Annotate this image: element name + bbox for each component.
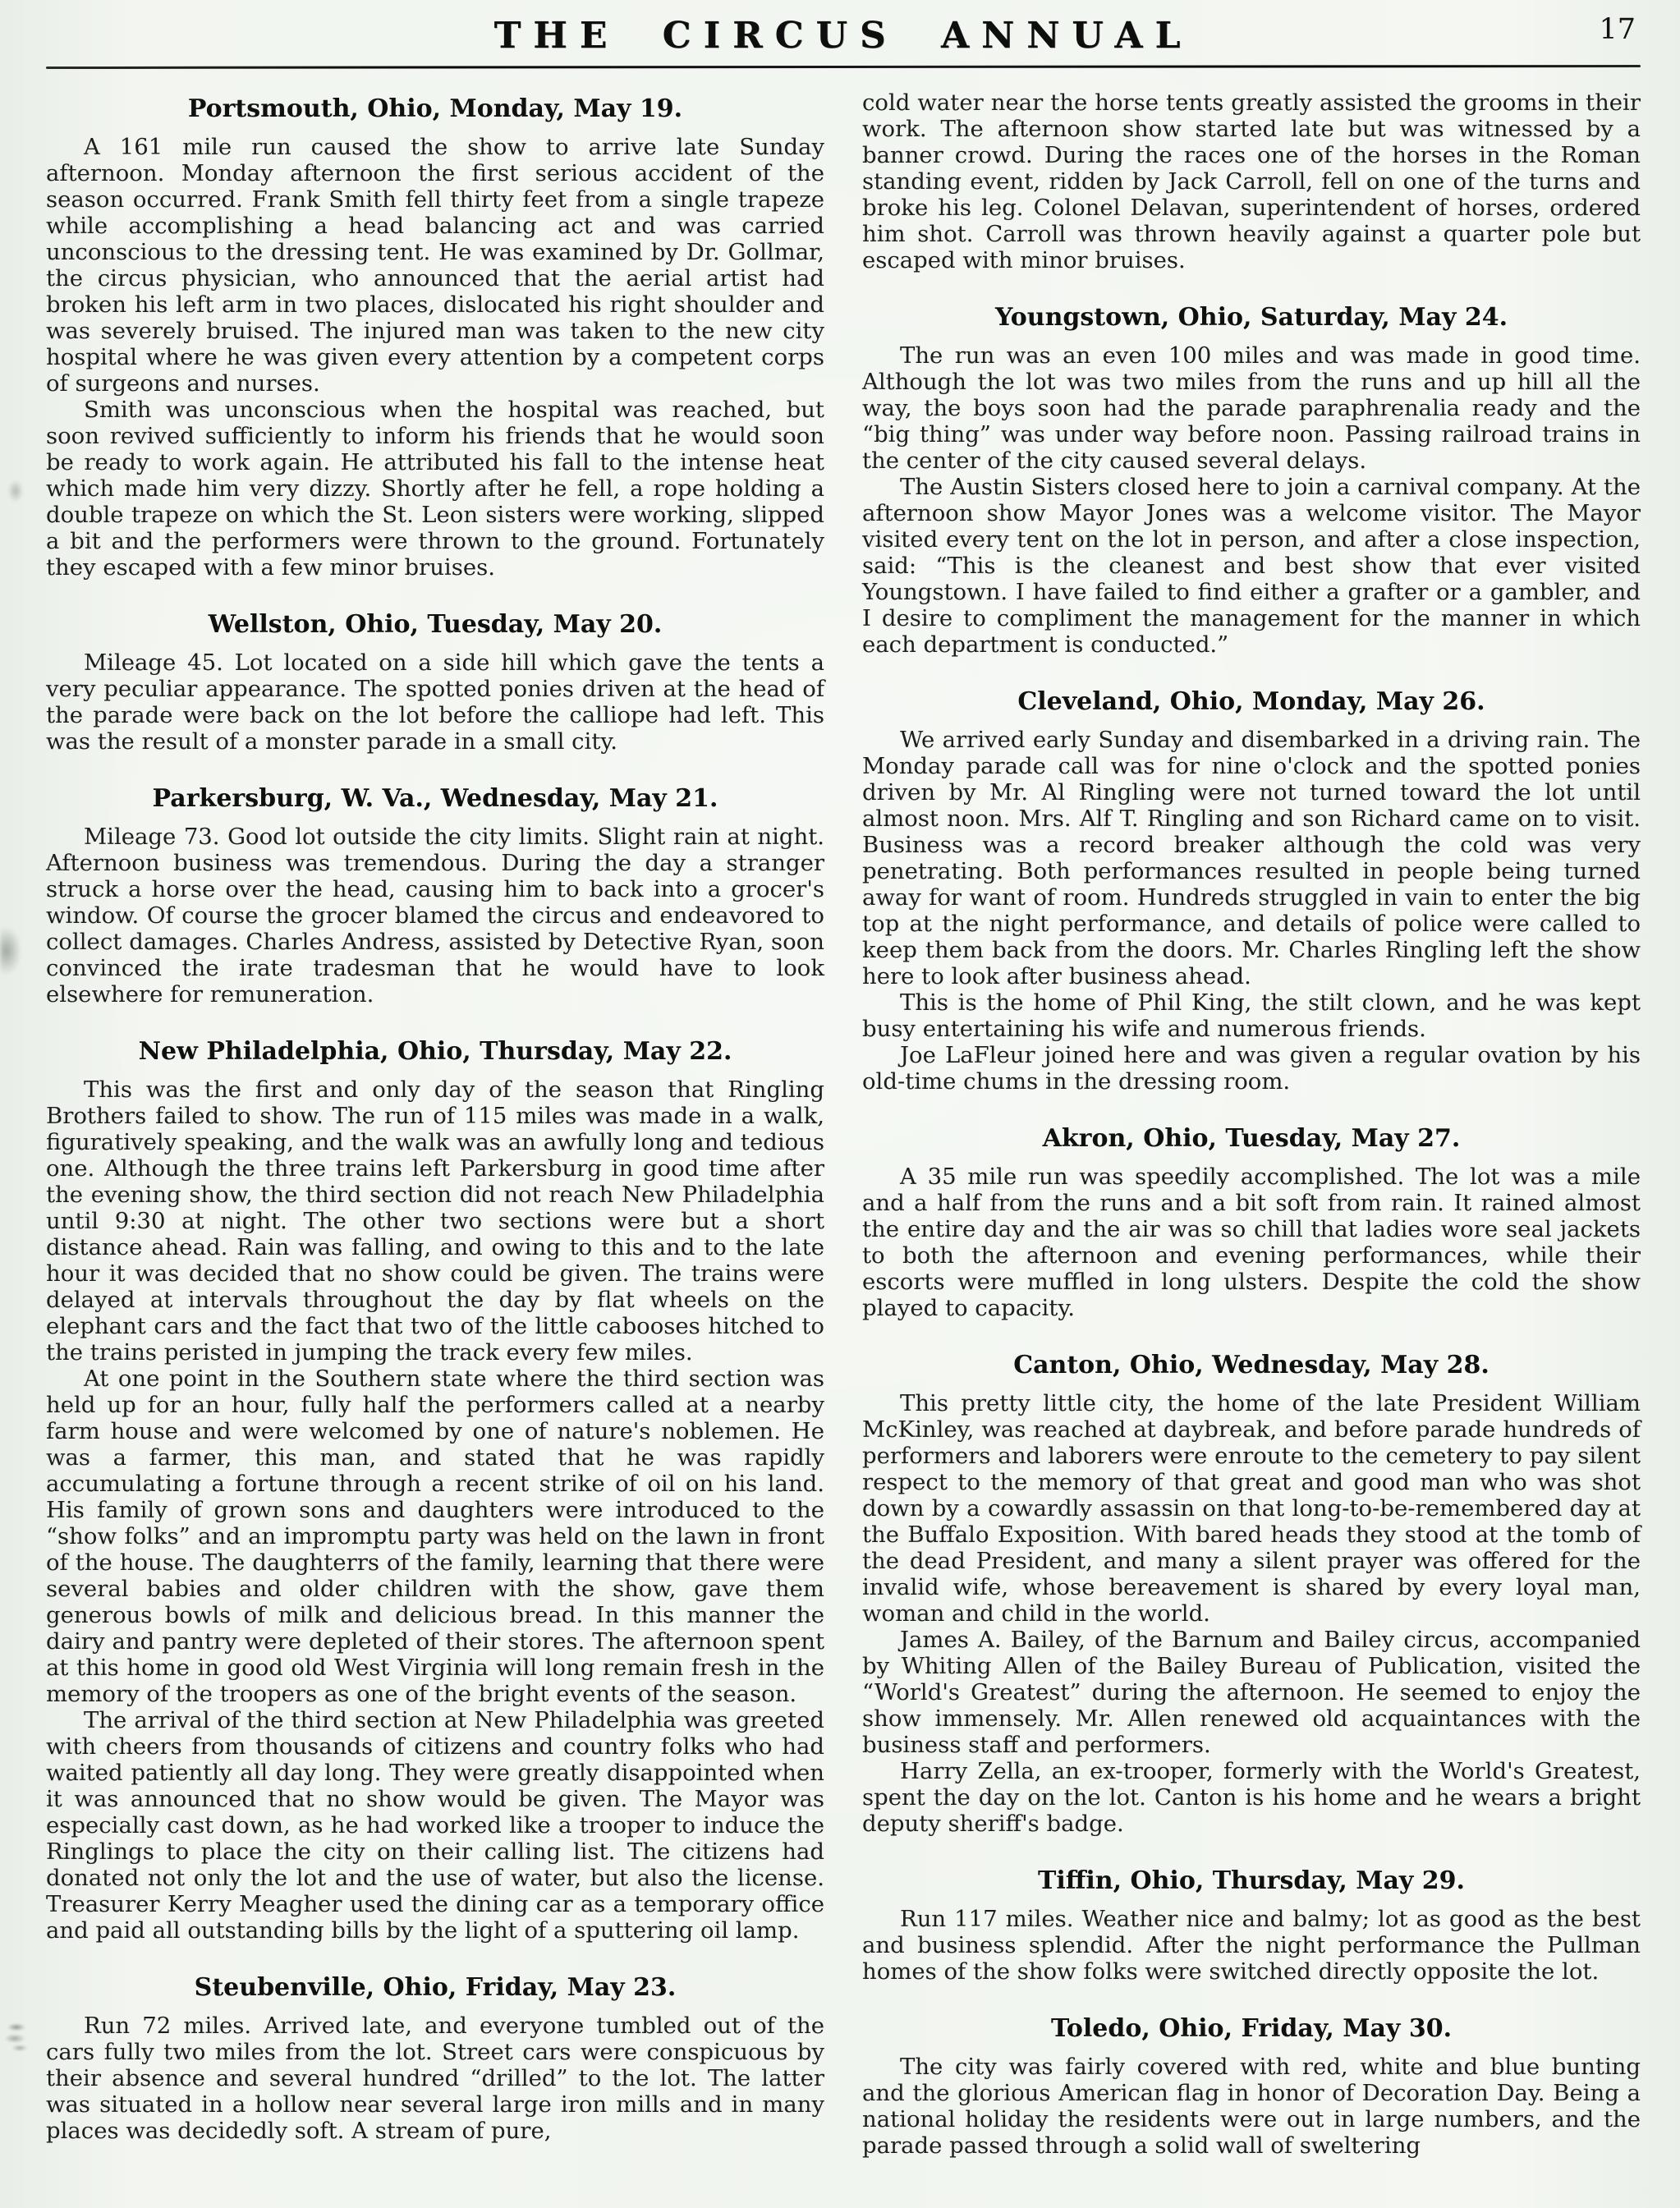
paragraph: This pretty little city, the home of the… [862, 1390, 1641, 1627]
section-heading-steubenville: Steubenville, Ohio, Friday, May 23. [46, 1973, 824, 2002]
section-tiffin: Tiffin, Ohio, Thursday, May 29. Run 117 … [862, 1866, 1641, 1985]
right-column: cold water near the horse tents greatly … [862, 90, 1641, 2159]
scan-smudge [0, 926, 21, 975]
scanned-page: THE CIRCUS ANNUAL 17 Portsmouth, Ohio, M… [0, 0, 1680, 2208]
paragraph: This was the first and only day of the s… [46, 1076, 824, 1366]
left-column: Portsmouth, Ohio, Monday, May 19. A 161 … [46, 90, 824, 2159]
section-canton: Canton, Ohio, Wednesday, May 28. This pr… [862, 1351, 1641, 1837]
section-heading-akron: Akron, Ohio, Tuesday, May 27. [862, 1124, 1641, 1153]
section-heading-new-philadelphia: New Philadelphia, Ohio, Thursday, May 22… [46, 1037, 824, 1066]
paragraph: The run was an even 100 miles and was ma… [862, 342, 1641, 474]
page-title: THE CIRCUS ANNUAL [46, 15, 1641, 57]
paragraph: The city was fairly covered with red, wh… [862, 2054, 1641, 2159]
section-heading-canton: Canton, Ohio, Wednesday, May 28. [862, 1351, 1641, 1379]
paragraph: Run 117 miles. Weather nice and balmy; l… [862, 1906, 1641, 1985]
section-steubenville: Steubenville, Ohio, Friday, May 23. Run … [46, 1973, 824, 2144]
paragraph: Smith was unconscious when the hospital … [46, 397, 824, 581]
paragraph: A 161 mile run caused the show to arrive… [46, 134, 824, 397]
header-rule [46, 65, 1641, 69]
section-parkersburg: Parkersburg, W. Va., Wednesday, May 21. … [46, 784, 824, 1008]
page-header: THE CIRCUS ANNUAL 17 [46, 11, 1641, 54]
section-cleveland: Cleveland, Ohio, Monday, May 26. We arri… [862, 687, 1641, 1095]
paragraph: Harry Zella, an ex-trooper, formerly wit… [862, 1758, 1641, 1837]
paragraph: Mileage 45. Lot located on a side hill w… [46, 650, 824, 755]
scan-smudge [2, 2016, 34, 2054]
paragraph: The arrival of the third section at New … [46, 1707, 824, 1944]
paragraph: At one point in the Southern state where… [46, 1366, 824, 1707]
section-akron: Akron, Ohio, Tuesday, May 27. A 35 mile … [862, 1124, 1641, 1321]
section-new-philadelphia: New Philadelphia, Ohio, Thursday, May 22… [46, 1037, 824, 1944]
section-wellston: Wellston, Ohio, Tuesday, May 20. Mileage… [46, 610, 824, 755]
section-heading-cleveland: Cleveland, Ohio, Monday, May 26. [862, 687, 1641, 716]
paragraph: James A. Bailey, of the Barnum and Baile… [862, 1627, 1641, 1758]
paragraph: This is the home of Phil King, the stilt… [862, 989, 1641, 1042]
paragraph: A 35 mile run was speedily accomplished.… [862, 1164, 1641, 1321]
section-toledo: Toledo, Ohio, Friday, May 30. The city w… [862, 2014, 1641, 2159]
page-number: 17 [1599, 13, 1636, 46]
section-youngstown: Youngstown, Ohio, Saturday, May 24. The … [862, 303, 1641, 658]
section-heading-toledo: Toledo, Ohio, Friday, May 30. [862, 2014, 1641, 2043]
paragraph: Run 72 miles. Arrived late, and everyone… [46, 2013, 824, 2144]
section-heading-parkersburg: Parkersburg, W. Va., Wednesday, May 21. [46, 784, 824, 813]
scan-smudge [8, 480, 23, 502]
section-steubenville-continuation: cold water near the horse tents greatly … [862, 90, 1641, 273]
text-columns: Portsmouth, Ohio, Monday, May 19. A 161 … [46, 90, 1641, 2159]
section-portsmouth: Portsmouth, Ohio, Monday, May 19. A 161 … [46, 94, 824, 581]
section-heading-youngstown: Youngstown, Ohio, Saturday, May 24. [862, 303, 1641, 332]
paragraph: The Austin Sisters closed here to join a… [862, 474, 1641, 658]
paragraph: Joe LaFleur joined here and was given a … [862, 1042, 1641, 1095]
section-heading-wellston: Wellston, Ohio, Tuesday, May 20. [46, 610, 824, 639]
paragraph: We arrived early Sunday and disembarked … [862, 727, 1641, 989]
section-heading-tiffin: Tiffin, Ohio, Thursday, May 29. [862, 1866, 1641, 1895]
section-heading-portsmouth: Portsmouth, Ohio, Monday, May 19. [46, 94, 824, 123]
paragraph: cold water near the horse tents greatly … [862, 90, 1641, 273]
paragraph: Mileage 73. Good lot outside the city li… [46, 824, 824, 1008]
